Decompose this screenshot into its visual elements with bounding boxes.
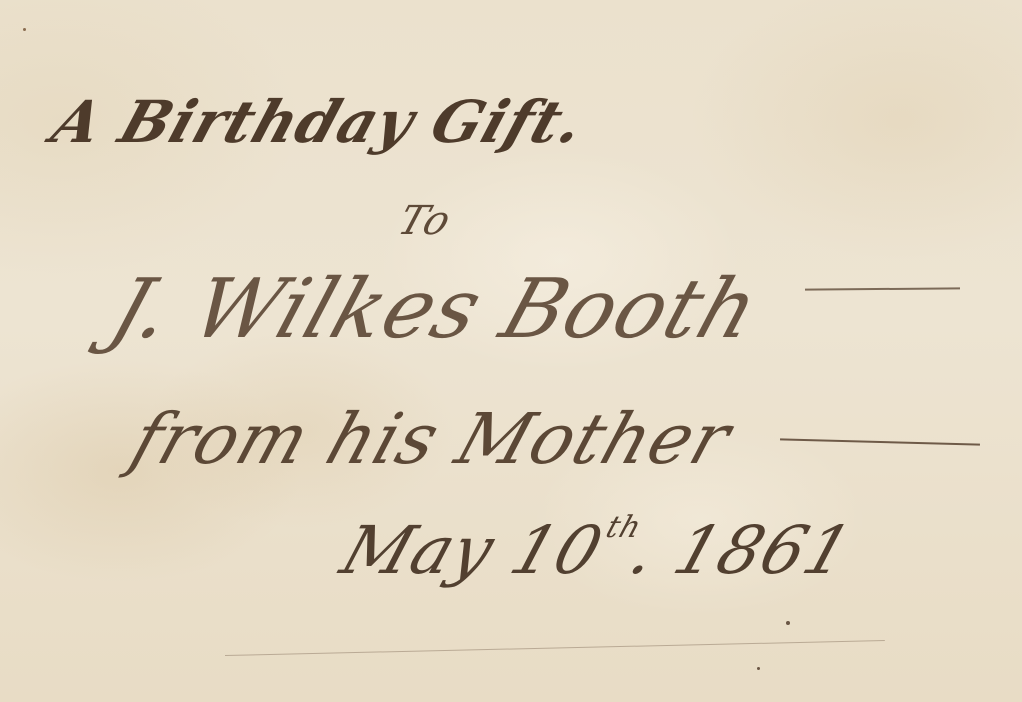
date-year: 1861 (665, 512, 862, 589)
ink-speck (786, 621, 790, 625)
inscription-from: from his Mother (122, 398, 741, 480)
ink-speck (757, 667, 760, 670)
date-month-day: May 10 (332, 512, 612, 589)
inscription-recipient: J. Wilkes Booth (100, 262, 771, 357)
paper-speck (23, 28, 26, 31)
inscription-title: A Birthday Gift. (44, 88, 593, 156)
inscription-date: May 10th. 1861 (332, 510, 862, 589)
